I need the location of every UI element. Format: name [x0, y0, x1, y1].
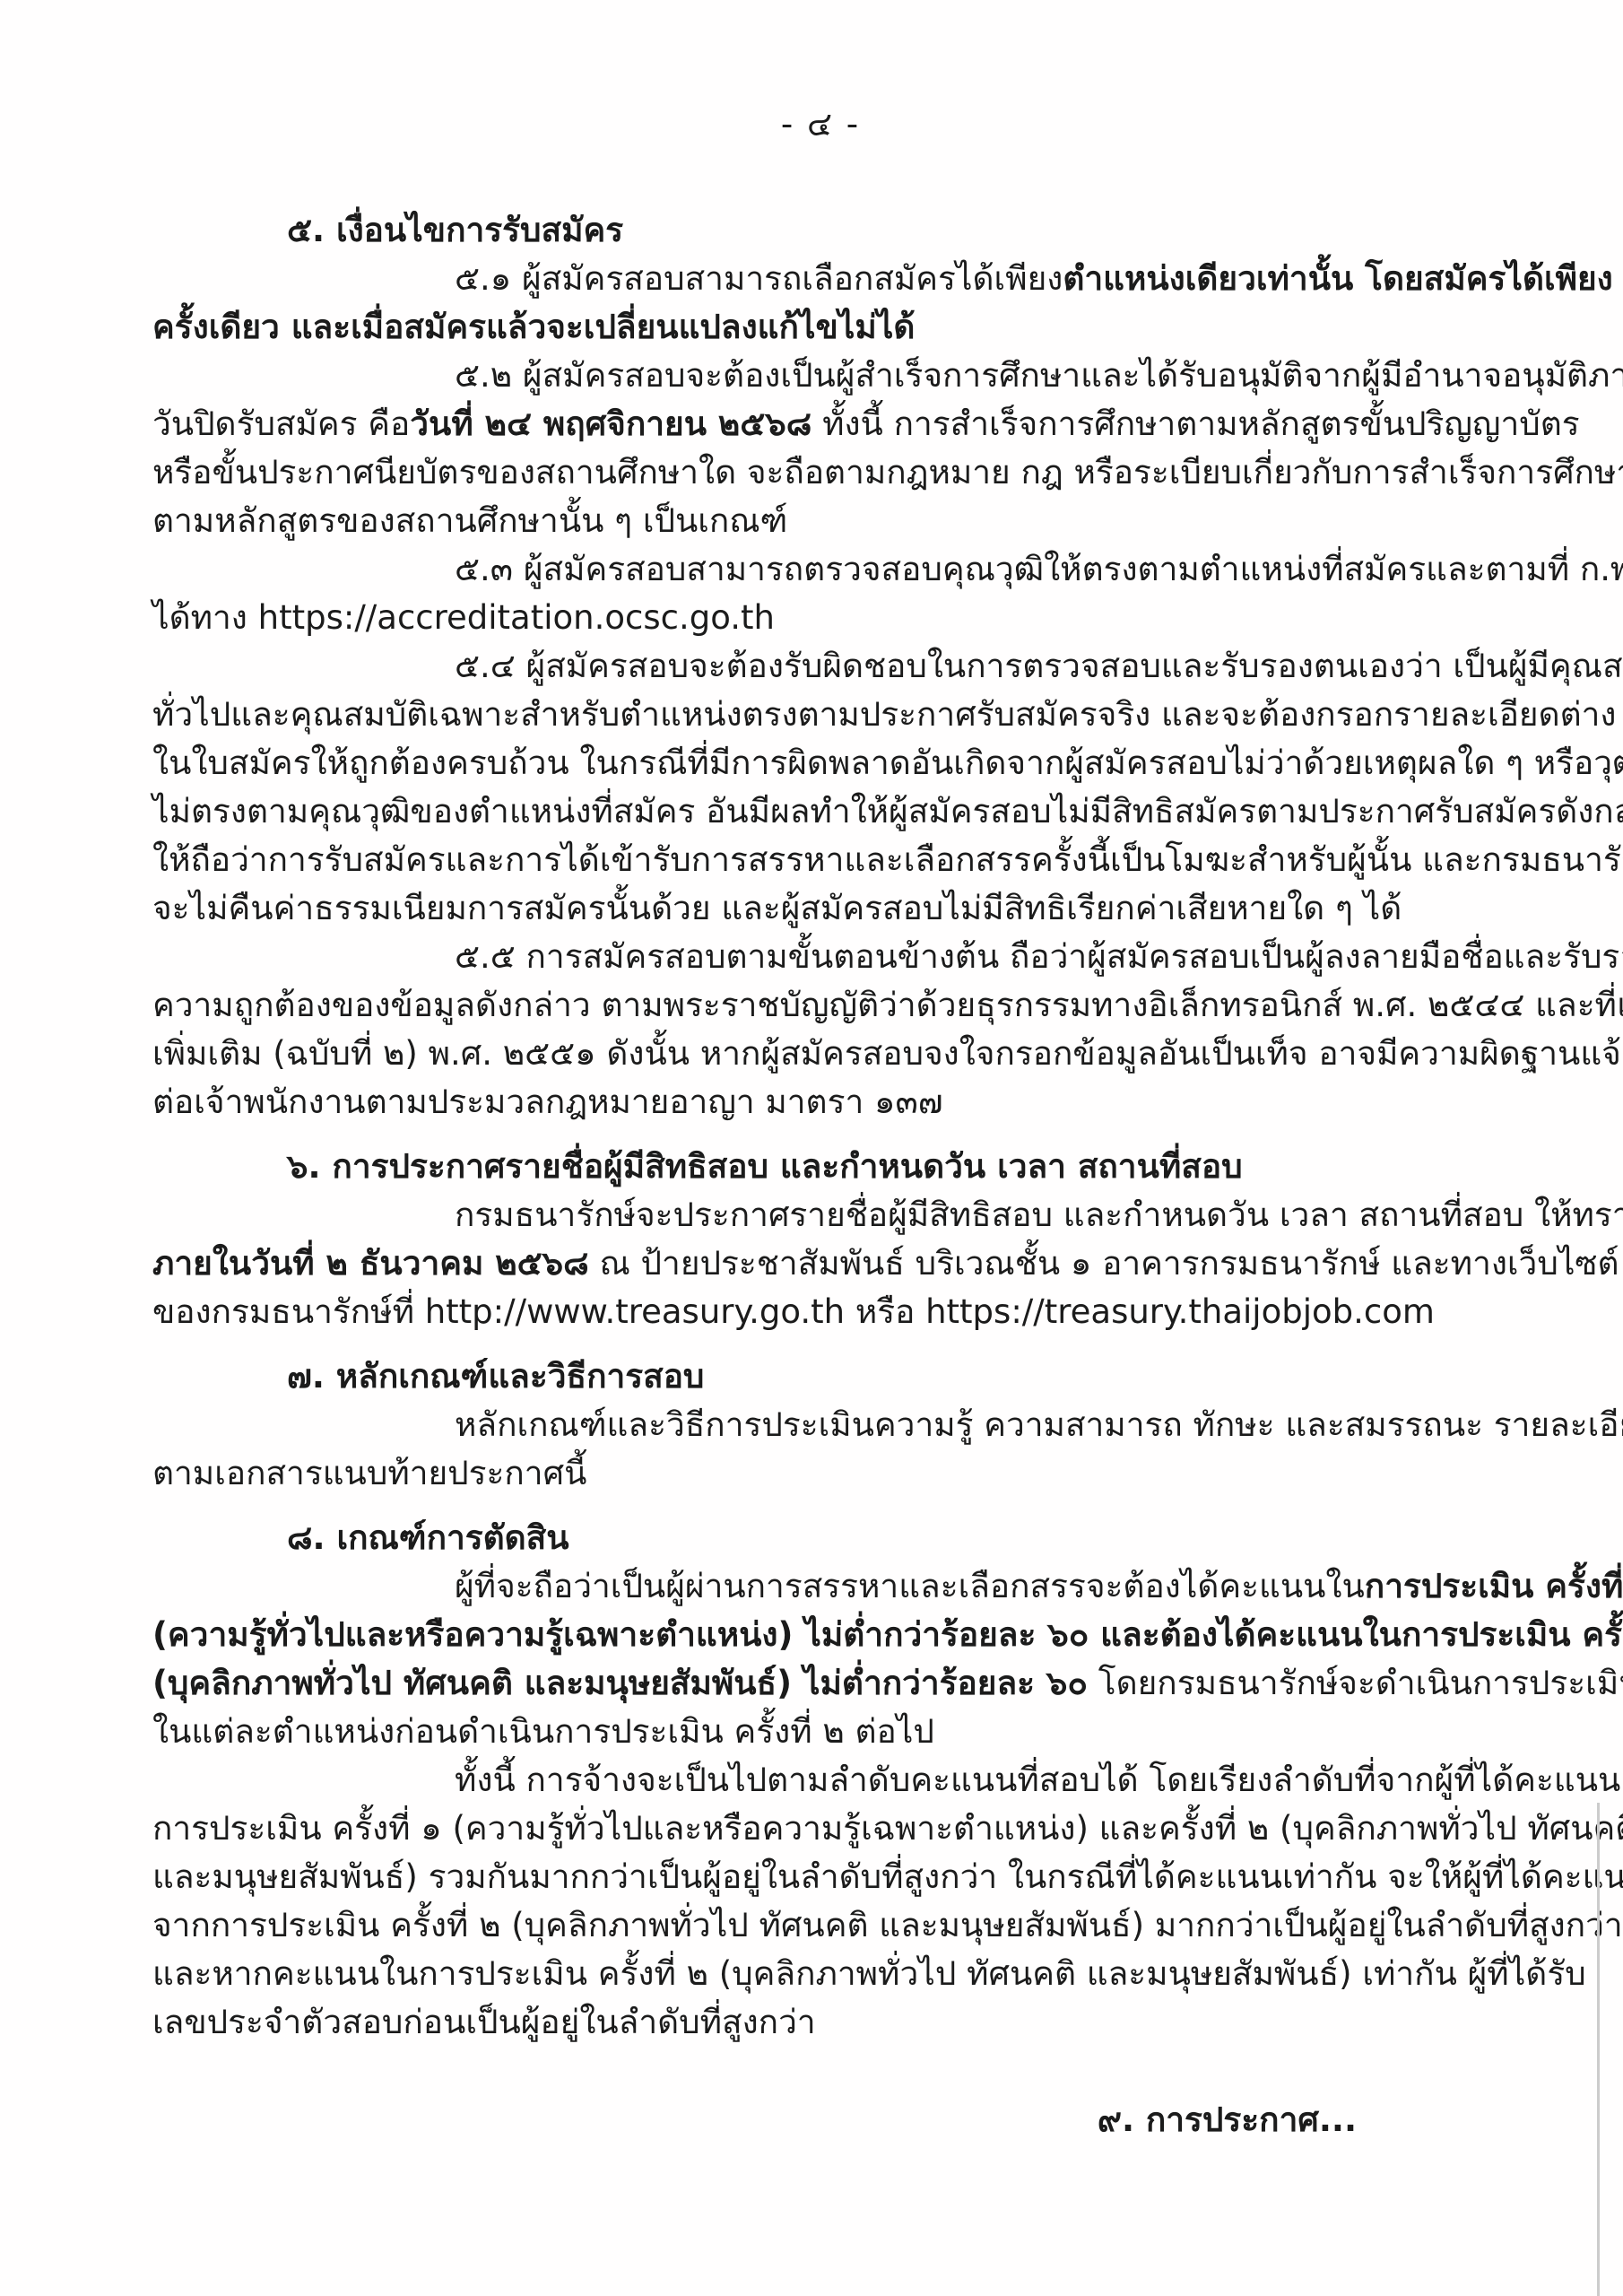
text-segment: เลขประจำตัวสอบก่อนเป็นผู้อยู่ในลำดับที่ส… — [152, 2003, 816, 2041]
text-segment: ๕.๔ ผู้สมัครสอบจะต้องรับผิดชอบในการตรวจส… — [455, 647, 1623, 685]
text-line: หรือขั้นประกาศนียบัตรของสถานศึกษาใด จะถื… — [152, 448, 1488, 497]
text-segment: ๕. เงื่อนไขการรับสมัคร — [287, 211, 623, 249]
text-segment: ครั้งเดียว และเมื่อสมัครแล้วจะเปลี่ยนแปล… — [152, 308, 915, 346]
text-segment: จากการประเมิน ครั้งที่ ๒ (บุคลิกภาพทั่วไ… — [152, 1906, 1623, 1944]
text-line: ต่อเจ้าพนักงานตามประมวลกฎหมายอาญา มาตรา … — [152, 1078, 1488, 1126]
text-line: จากการประเมิน ครั้งที่ ๒ (บุคลิกภาพทั่วไ… — [152, 1901, 1488, 1950]
text-segment: ผู้ที่จะถือว่าเป็นผู้ผ่านการสรรหาและเลือ… — [455, 1567, 1365, 1605]
text-line: ในแต่ละตำแหน่งก่อนดำเนินการประเมิน ครั้ง… — [152, 1708, 1488, 1756]
text-line: ครั้งเดียว และเมื่อสมัครแล้วจะเปลี่ยนแปล… — [152, 303, 1488, 352]
text-segment: ๕.๕ การสมัครสอบตามขั้นตอนข้างต้น ถือว่าผ… — [455, 937, 1623, 976]
text-segment: วันที่ ๒๔ พฤศจิกายน ๒๕๖๘ — [410, 404, 811, 443]
text-line: (ความรู้ทั่วไปและหรือความรู้เฉพาะตำแหน่ง… — [152, 1611, 1488, 1659]
text-segment: (บุคลิกภาพทั่วไป ทัศนคติ และมนุษยสัมพันธ… — [152, 1664, 1088, 1702]
text-segment: หรือขั้นประกาศนียบัตรของสถานศึกษาใด จะถื… — [152, 453, 1623, 491]
text-segment: (ความรู้ทั่วไปและหรือความรู้เฉพาะตำแหน่ง… — [152, 1615, 1623, 1654]
text-line: ให้ถือว่าการรับสมัครและการได้เข้ารับการส… — [152, 836, 1488, 884]
document-content: - ๔ - ๕. เงื่อนไขการรับสมัคร๕.๑ ผู้สมัคร… — [0, 0, 1623, 2047]
text-segment: หรือ — [845, 1292, 925, 1331]
text-line: ๕.๑ ผู้สมัครสอบสามารถเลือกสมัครได้เพียงต… — [455, 255, 1488, 303]
section-heading: ๘. เกณฑ์การตัดสิน — [287, 1514, 1488, 1562]
text-segment: โดยกรมธนารักษ์จะดำเนินการประเมิน ครั้งที… — [1088, 1664, 1623, 1702]
text-segment: จะไม่คืนค่าธรรมเนียมการสมัครนั้นด้วย และ… — [152, 889, 1402, 927]
text-segment: ณ ป้ายประชาสัมพันธ์ บริเวณชั้น ๑ อาคารกร… — [589, 1244, 1619, 1283]
text-line: ผู้ที่จะถือว่าเป็นผู้ผ่านการสรรหาและเลือ… — [455, 1562, 1488, 1611]
text-segment: การประเมิน ครั้งที่ ๑ (ความรู้ทั่วไปและห… — [152, 1809, 1623, 1848]
text-segment: ต่อเจ้าพนักงานตามประมวลกฎหมายอาญา มาตรา … — [152, 1083, 943, 1121]
text-line: วันปิดรับสมัคร คือวันที่ ๒๔ พฤศจิกายน ๒๕… — [152, 400, 1488, 448]
text-line: ๕.๓ ผู้สมัครสอบสามารถตรวจสอบคุณวุฒิให้ตร… — [455, 545, 1488, 594]
text-segment: ตามหลักสูตรของสถานศึกษานั้น ๆ เป็นเกณฑ์ — [152, 501, 787, 540]
text-segment: ในใบสมัครให้ถูกต้องครบถ้วน ในกรณีที่มีกา… — [152, 744, 1623, 782]
document-body: ๕. เงื่อนไขการรับสมัคร๕.๑ ผู้สมัครสอบสาม… — [152, 206, 1488, 2047]
text-line: และมนุษยสัมพันธ์) รวมกันมากกว่าเป็นผู้อย… — [152, 1853, 1488, 1901]
text-line: การประเมิน ครั้งที่ ๑ (ความรู้ทั่วไปและห… — [152, 1805, 1488, 1853]
url-thaijobjob: https://treasury.thaijobjob.com — [925, 1292, 1435, 1331]
text-segment: ของกรมธนารักษ์ที่ — [152, 1292, 425, 1331]
continuation-catchword: ๙. การประกาศ... — [1098, 2096, 1357, 2144]
text-segment: ๕.๓ ผู้สมัครสอบสามารถตรวจสอบคุณวุฒิให้ตร… — [455, 550, 1623, 588]
text-line: ๕.๕ การสมัครสอบตามขั้นตอนข้างต้น ถือว่าผ… — [455, 933, 1488, 981]
text-segment: และมนุษยสัมพันธ์) รวมกันมากกว่าเป็นผู้อย… — [152, 1857, 1623, 1896]
text-segment: หลักเกณฑ์และวิธีการประเมินความรู้ ความสา… — [455, 1405, 1623, 1444]
section-heading: ๖. การประกาศรายชื่อผู้มีสิทธิสอบ และกำหน… — [287, 1143, 1488, 1191]
text-line: ไม่ตรงตามคุณวุฒิของตำแหน่งที่สมัคร อันมี… — [152, 787, 1488, 836]
text-segment: และหากคะแนนในการประเมิน ครั้งที่ ๒ (บุคล… — [152, 1954, 1586, 1993]
page-number: - ๔ - — [152, 100, 1488, 149]
text-line: ของกรมธนารักษ์ที่ http://www.treasury.go… — [152, 1288, 1488, 1336]
text-segment: ๕.๑ ผู้สมัครสอบสามารถเลือกสมัครได้เพียง — [455, 259, 1063, 298]
text-segment: ทั้งนี้ การสำเร็จการศึกษาตามหลักสูตรขั้น… — [811, 404, 1579, 443]
text-segment: วันปิดรับสมัคร คือ — [152, 404, 410, 443]
text-line: กรมธนารักษ์จะประกาศรายชื่อผู้มีสิทธิสอบ … — [455, 1191, 1488, 1239]
text-line: ความถูกต้องของข้อมูลดังกล่าว ตามพระราชบั… — [152, 981, 1488, 1030]
text-line: เพิ่มเติม (ฉบับที่ ๒) พ.ศ. ๒๕๕๑ ดังนั้น … — [152, 1030, 1488, 1078]
text-segment: การประเมิน ครั้งที่ ๑ — [1365, 1567, 1623, 1605]
text-line: ได้ทาง https://accreditation.ocsc.go.th — [152, 594, 1488, 642]
text-line: ในใบสมัครให้ถูกต้องครบถ้วน ในกรณีที่มีกา… — [152, 739, 1488, 787]
url-accreditation: https://accreditation.ocsc.go.th — [258, 598, 775, 637]
text-line: และหากคะแนนในการประเมิน ครั้งที่ ๒ (บุคล… — [152, 1950, 1488, 1998]
text-segment: ได้ทาง — [152, 598, 258, 637]
text-line: หลักเกณฑ์และวิธีการประเมินความรู้ ความสา… — [455, 1401, 1488, 1449]
text-line: ทั้งนี้ การจ้างจะเป็นไปตามลำดับคะแนนที่ส… — [455, 1756, 1488, 1805]
text-segment: ๕.๒ ผู้สมัครสอบจะต้องเป็นผู้สำเร็จการศึก… — [455, 356, 1623, 395]
text-line: ตามหลักสูตรของสถานศึกษานั้น ๆ เป็นเกณฑ์ — [152, 497, 1488, 545]
text-segment: ตามเอกสารแนบท้ายประกาศนี้ — [152, 1454, 586, 1492]
text-segment: ตำแหน่งเดียวเท่านั้น โดยสมัครได้เพียง — [1063, 259, 1612, 298]
text-segment: ๗. หลักเกณฑ์และวิธีการสอบ — [287, 1357, 704, 1396]
text-line: ตามเอกสารแนบท้ายประกาศนี้ — [152, 1449, 1488, 1498]
text-segment: กรมธนารักษ์จะประกาศรายชื่อผู้มีสิทธิสอบ … — [455, 1196, 1623, 1234]
text-line: ภายในวันที่ ๒ ธันวาคม ๒๕๖๘ ณ ป้ายประชาสั… — [152, 1239, 1488, 1288]
text-line: ทั่วไปและคุณสมบัติเฉพาะสำหรับตำแหน่งตรงต… — [152, 691, 1488, 739]
text-segment: ในแต่ละตำแหน่งก่อนดำเนินการประเมิน ครั้ง… — [152, 1712, 934, 1751]
text-segment: ทั้งนี้ การจ้างจะเป็นไปตามลำดับคะแนนที่ส… — [455, 1761, 1620, 1799]
text-segment: ภายในวันที่ ๒ ธันวาคม ๒๕๖๘ — [152, 1244, 589, 1283]
text-line: (บุคลิกภาพทั่วไป ทัศนคติ และมนุษยสัมพันธ… — [152, 1659, 1488, 1708]
scan-edge-line — [1597, 1803, 1600, 2296]
text-segment: ๖. การประกาศรายชื่อผู้มีสิทธิสอบ และกำหน… — [287, 1147, 1243, 1186]
text-segment: ๘. เกณฑ์การตัดสิน — [287, 1518, 569, 1557]
text-segment: เพิ่มเติม (ฉบับที่ ๒) พ.ศ. ๒๕๕๑ ดังนั้น … — [152, 1034, 1623, 1073]
text-segment: ความถูกต้องของข้อมูลดังกล่าว ตามพระราชบั… — [152, 986, 1623, 1024]
text-line: จะไม่คืนค่าธรรมเนียมการสมัครนั้นด้วย และ… — [152, 884, 1488, 933]
section-heading: ๕. เงื่อนไขการรับสมัคร — [287, 206, 1488, 255]
document-page: - ๔ - ๕. เงื่อนไขการรับสมัคร๕.๑ ผู้สมัคร… — [0, 0, 1623, 2296]
text-line: ๕.๔ ผู้สมัครสอบจะต้องรับผิดชอบในการตรวจส… — [455, 642, 1488, 691]
text-segment: ให้ถือว่าการรับสมัครและการได้เข้ารับการส… — [152, 840, 1623, 879]
url-treasury: http://www.treasury.go.th — [425, 1292, 845, 1331]
section-heading: ๗. หลักเกณฑ์และวิธีการสอบ — [287, 1352, 1488, 1401]
text-segment: ทั่วไปและคุณสมบัติเฉพาะสำหรับตำแหน่งตรงต… — [152, 695, 1623, 734]
text-line: ๕.๒ ผู้สมัครสอบจะต้องเป็นผู้สำเร็จการศึก… — [455, 352, 1488, 400]
text-line: เลขประจำตัวสอบก่อนเป็นผู้อยู่ในลำดับที่ส… — [152, 1998, 1488, 2047]
text-segment: ไม่ตรงตามคุณวุฒิของตำแหน่งที่สมัคร อันมี… — [152, 792, 1623, 831]
